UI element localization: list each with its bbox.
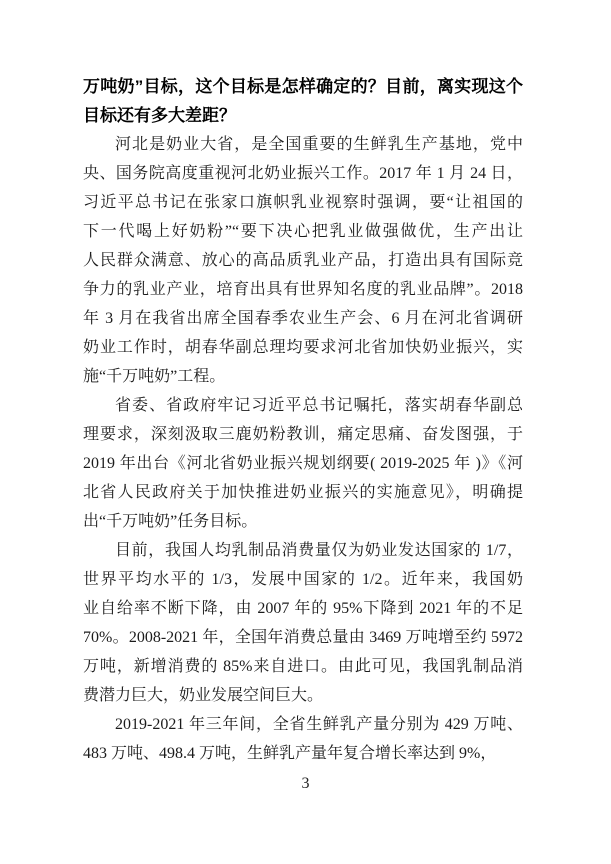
text-line: 2019-2021 年三年间，全省生鲜乳产量分别为 429 万吨、 xyxy=(83,710,523,739)
text-line: 世界平均水平的 1/3，发展中国家的 1/2。近年来，我国奶 xyxy=(83,565,523,594)
text-block: 万吨奶”目标，这个目标是怎样确定的？目前，离实现这个 目标还有多大差距？ 河北是… xyxy=(83,72,523,768)
text-line: 习近平总书记在张家口旗帜乳业视察时强调，要“让祖国的 xyxy=(83,188,523,217)
heading-line: 目标还有多大差距？ xyxy=(83,101,523,130)
text-line: 理要求，深刻汲取三鹿奶粉教训，痛定思痛、奋发图强，于 xyxy=(83,420,523,449)
text-line: 下一代喝上好奶粉”“要下决心把乳业做强做优，生产出让 xyxy=(83,217,523,246)
text-line: 483 万吨、498.4 万吨，生鲜乳产量年复合增长率达到 9%， xyxy=(83,739,523,768)
page-number: 3 xyxy=(0,772,611,796)
text-line: 年 3 月在我省出席全国春季农业生产会、6 月在河北省调研 xyxy=(83,304,523,333)
text-line: 费潜力巨大，奶业发展空间巨大。 xyxy=(83,681,523,710)
text-line: 人民群众满意、放心的高品质乳业产品，打造出具有国际竞 xyxy=(83,246,523,275)
text-line: 万吨，新增消费的 85%来自进口。由此可见，我国乳制品消 xyxy=(83,652,523,681)
text-line: 河北是奶业大省，是全国重要的生鲜乳生产基地，党中 xyxy=(83,130,523,159)
text-line: 北省人民政府关于加快推进奶业振兴的实施意见》，明确提 xyxy=(83,478,523,507)
text-line: 业自给率不断下降，由 2007 年的 95%下降到 2021 年的不足 xyxy=(83,594,523,623)
text-line: 奶业工作时，胡春华副总理均要求河北省加快奶业振兴，实 xyxy=(83,333,523,362)
text-line: 2019 年出台《河北省奶业振兴规划纲要( 2019-2025 年 )》《河 xyxy=(83,449,523,478)
text-line: 争力的乳业产业，培育出具有世界知名度的乳业品牌”。2018 xyxy=(83,275,523,304)
text-line: 施“千万吨奶”工程。 xyxy=(83,362,523,391)
text-line: 央、国务院高度重视河北奶业振兴工作。2017 年 1 月 24 日， xyxy=(83,159,523,188)
text-line: 目前，我国人均乳制品消费量仅为奶业发达国家的 1/7， xyxy=(83,536,523,565)
text-line: 出“千万吨奶”任务目标。 xyxy=(83,507,523,536)
text-line: 省委、省政府牢记习近平总书记嘱托，落实胡春华副总 xyxy=(83,391,523,420)
heading-line: 万吨奶”目标，这个目标是怎样确定的？目前，离实现这个 xyxy=(83,72,523,101)
text-line: 70%。2008-2021 年，全国年消费总量由 3469 万吨增至约 5972 xyxy=(83,623,523,652)
document-page: 万吨奶”目标，这个目标是怎样确定的？目前，离实现这个 目标还有多大差距？ 河北是… xyxy=(0,0,611,864)
